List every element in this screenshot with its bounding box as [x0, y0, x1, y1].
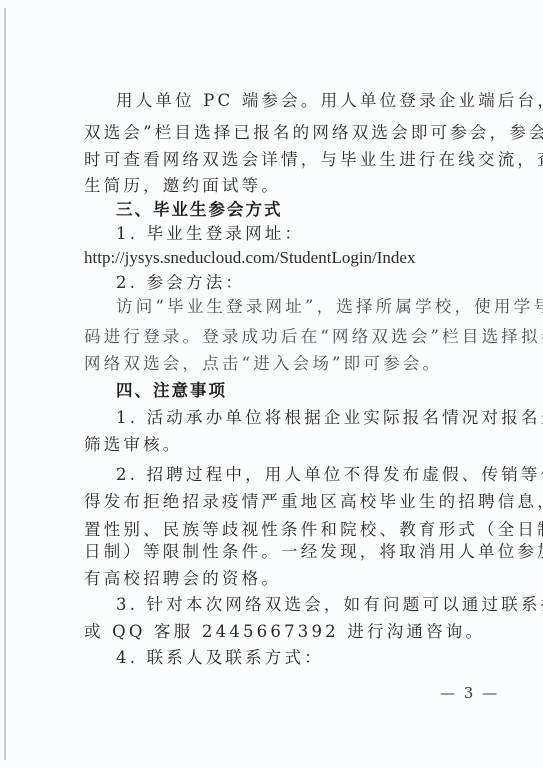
- section-4-item-2-line-4: 日制）等限制性条件。一经发现，将取消用人单位参加陕西所: [84, 541, 543, 563]
- section-4-item-2-line-2: 得发布拒绝招录疫情严重地区高校毕业生的招聘信息，严禁设: [84, 491, 543, 513]
- paragraph-employer-line-4: 生简历，邀约面试等。: [84, 175, 281, 197]
- section-4-item-3-line-1: 3. 针对本次网络双选会，如有问题可以通过联系技术支持: [116, 594, 543, 616]
- section-3-heading: 三、毕业生参会方式: [116, 199, 283, 221]
- section-4-item-2-line-1: 2. 招聘过程中，用人单位不得发布虚假、传销等信息，不: [116, 464, 543, 486]
- paragraph-employer-line-2: 双选会”栏目选择已报名的网络双选会即可参会，参会企业届: [84, 122, 543, 144]
- section-4-item-1-line-2: 筛选审核。: [84, 434, 183, 456]
- scan-edge-line: [4, 8, 6, 760]
- section-4-heading: 四、注意事项: [116, 380, 227, 402]
- section-3-item-2-line-1: 访问“毕业生登录网址”，选择所属学校，使用学号和密: [116, 296, 543, 318]
- section-3-item-2-line-2: 码进行登录。登录成功后在“网络双选会”栏目选择拟参加的: [84, 326, 543, 348]
- page-number: — 3 —: [440, 684, 499, 702]
- section-3-item-2-line-3: 网络双选会，点击“进入会场”即可参会。: [84, 353, 442, 375]
- section-4-item-1-line-1: 1. 活动承办单位将根据企业实际报名情况对报名企业进行: [116, 407, 543, 429]
- paragraph-employer-line-3: 时可查看网络双选会详情，与毕业生进行在线交流，查看毕业: [84, 149, 543, 171]
- section-4-item-4-label: 4. 联系人及联系方式：: [116, 647, 324, 669]
- section-3-item-2-label: 2. 参会方法：: [116, 272, 245, 294]
- section-4-item-2-line-3: 置性别、民族等歧视性条件和院校、教育形式（全日制和非全: [84, 519, 543, 541]
- student-login-url[interactable]: http://jysys.sneducloud.com/StudentLogin…: [84, 247, 415, 269]
- section-3-item-1-label: 1. 毕业生登录网址：: [116, 223, 304, 245]
- section-4-item-3-line-2: 或 QQ 客服 2445667392 进行沟通咨询。: [84, 621, 485, 643]
- paragraph-employer-line-1: 用人单位 PC 端参会。用人单位登录企业端后台，在“网络: [116, 90, 543, 112]
- section-4-item-2-line-5: 有高校招聘会的资格。: [84, 568, 281, 590]
